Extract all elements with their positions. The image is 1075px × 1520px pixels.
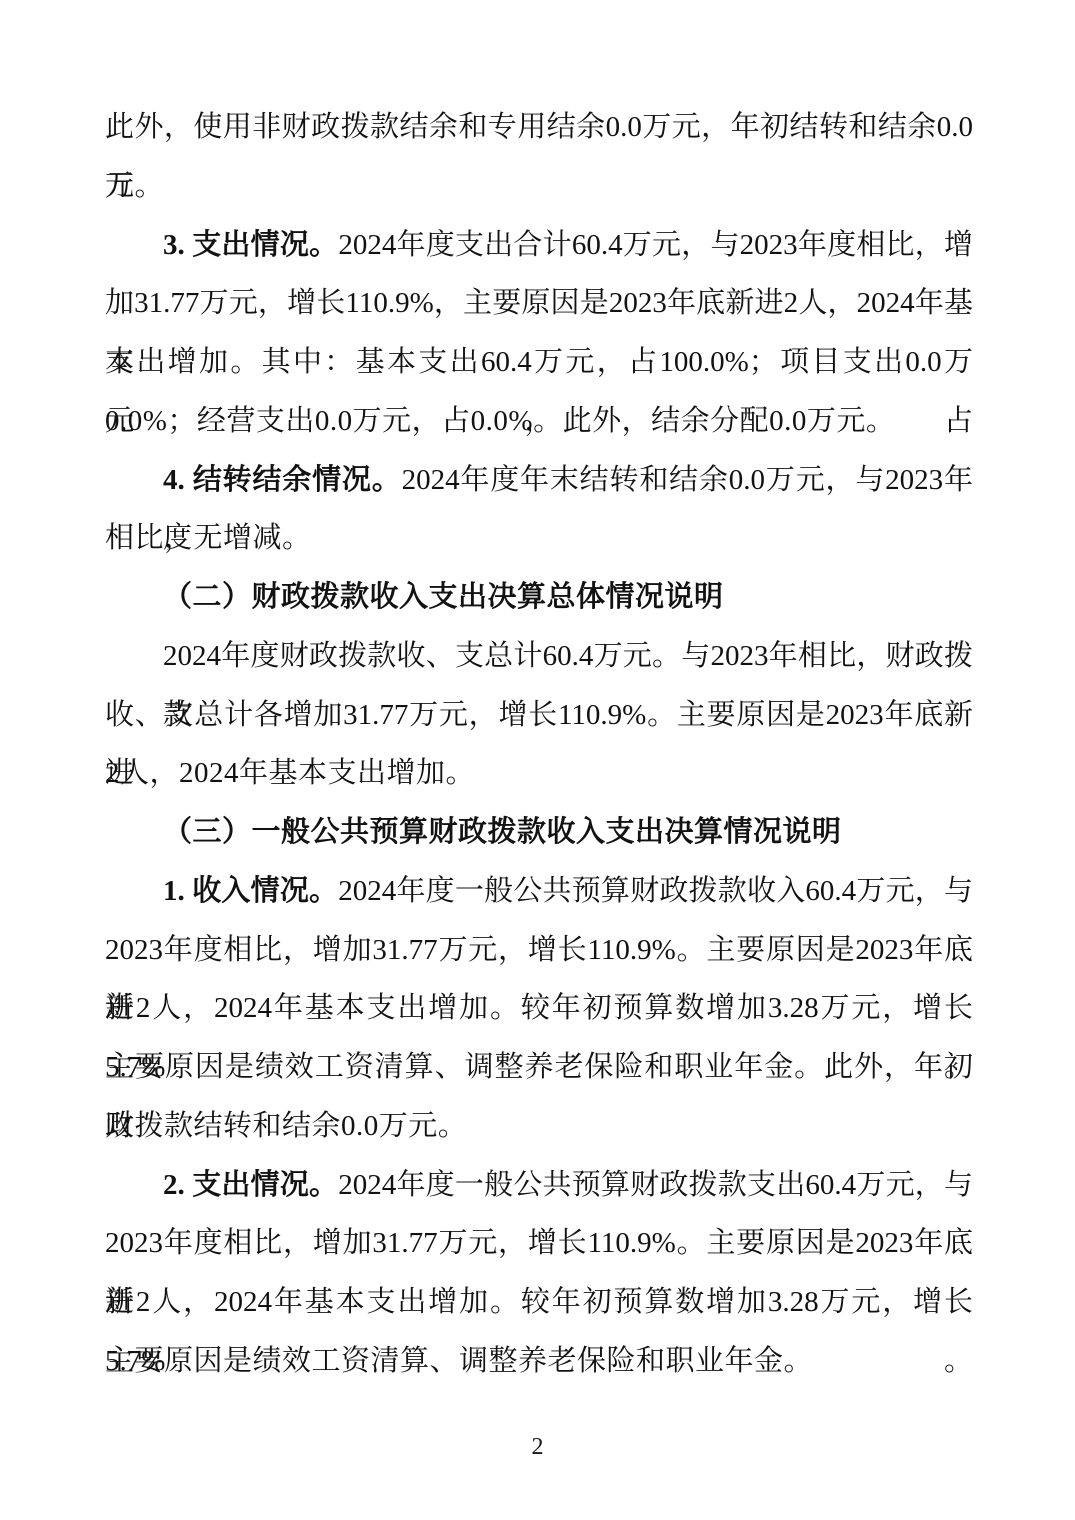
text-line: 元。 (105, 157, 973, 216)
page-number: 2 (0, 1432, 1075, 1462)
text-run: 2024年度一般公共预算财政拨款收入60.4万元，与 (338, 875, 973, 907)
text-run: 主要原因是绩效工资清算、调整养老保险和职业年金。 (105, 1345, 813, 1377)
heading-section-3-general-public-budget: （三）一般公共预算财政拨款收入支出决算情况说明 (105, 803, 973, 862)
text-run-bold: 2. 支出情况。 (163, 1169, 338, 1201)
text-run: 0.0%；经营支出0.0万元，占0.0%。此外，结余分配0.0万元。 (105, 405, 895, 437)
para-3-expenditure-overview: 3. 支出情况。2024年度支出合计60.4万元，与2023年度相比，增加31.… (105, 216, 973, 451)
text-line: 政拨款结转和结余0.0万元。 (105, 1097, 973, 1156)
text-run: 政拨款结转和结余0.0万元。 (105, 1110, 467, 1142)
text-line: 相比，无增减。 (105, 509, 973, 568)
text-run: 2024年度支出合计60.4万元，与2023年度相比，增 (338, 229, 973, 261)
text-line: 进2人，2024年基本支出增加。较年初预算数增加3.28万元，增长5.7%。 (105, 979, 973, 1038)
heading-section-2-fiscal-appropriation: （二）财政拨款收入支出决算总体情况说明 (105, 568, 973, 627)
text-line: 2024年度财政拨款收、支总计60.4万元。与2023年相比，财政拨款 (105, 627, 973, 686)
text-line: 加31.77万元，增长110.9%，主要原因是2023年底新进2人，2024年基… (105, 274, 973, 333)
text-run-bold: （二）财政拨款收入支出决算总体情况说明 (163, 581, 724, 613)
text-run: 2人，2024年基本支出增加。 (105, 757, 475, 789)
text-run: 相比，无增减。 (105, 522, 312, 554)
para-fiscal-appropriation-total: 2024年度财政拨款收、支总计60.4万元。与2023年相比，财政拨款收、支总计… (105, 627, 973, 803)
text-line: 支出增加。其中：基本支出60.4万元，占100.0%；项目支出0.0万元，占 (105, 333, 973, 392)
para-2-expenditure-detail: 2. 支出情况。2024年度一般公共预算财政拨款支出60.4万元，与2023年度… (105, 1156, 973, 1391)
document-page: 此外，使用非财政拨款结余和专用结余0.0万元，年初结转和结余0.0万元。3. 支… (0, 0, 1075, 1520)
text-line: 4. 结转结余情况。2024年度年末结转和结余0.0万元，与2023年度 (105, 451, 973, 510)
text-line: 2. 支出情况。2024年度一般公共预算财政拨款支出60.4万元，与 (105, 1156, 973, 1215)
text-run-bold: 3. 支出情况。 (163, 229, 338, 261)
text-line: 2023年度相比，增加31.77万元，增长110.9%。主要原因是2023年底新 (105, 921, 973, 980)
text-run: 元。 (105, 170, 164, 202)
text-line: 2人，2024年基本支出增加。 (105, 744, 973, 803)
text-run-bold: （三）一般公共预算财政拨款收入支出决算情况说明 (163, 816, 842, 848)
para-1-income-detail: 1. 收入情况。2024年度一般公共预算财政拨款收入60.4万元，与2023年度… (105, 862, 973, 1156)
text-line: （三）一般公共预算财政拨款收入支出决算情况说明 (105, 803, 973, 862)
text-line: 1. 收入情况。2024年度一般公共预算财政拨款收入60.4万元，与 (105, 862, 973, 921)
para-nonfiscal-balance-carryover: 此外，使用非财政拨款结余和专用结余0.0万元，年初结转和结余0.0万元。 (105, 98, 973, 216)
document-body: 此外，使用非财政拨款结余和专用结余0.0万元，年初结转和结余0.0万元。3. 支… (105, 98, 973, 1391)
text-line: 主要原因是绩效工资清算、调整养老保险和职业年金。此外，年初财 (105, 1038, 973, 1097)
text-line: 3. 支出情况。2024年度支出合计60.4万元，与2023年度相比，增 (105, 216, 973, 275)
text-line: 此外，使用非财政拨款结余和专用结余0.0万元，年初结转和结余0.0万 (105, 98, 973, 157)
para-4-carryover-status: 4. 结转结余情况。2024年度年末结转和结余0.0万元，与2023年度相比，无… (105, 451, 973, 569)
text-line: 2023年度相比，增加31.77万元，增长110.9%。主要原因是2023年底新 (105, 1214, 973, 1273)
text-line: 0.0%；经营支出0.0万元，占0.0%。此外，结余分配0.0万元。 (105, 392, 973, 451)
text-run: 2024年度一般公共预算财政拨款支出60.4万元，与 (338, 1169, 973, 1201)
text-line: 收、支总计各增加31.77万元，增长110.9%。主要原因是2023年底新进 (105, 686, 973, 745)
text-line: 进2人，2024年基本支出增加。较年初预算数增加3.28万元，增长5.7%。 (105, 1273, 973, 1332)
text-run-bold: 1. 收入情况。 (163, 875, 338, 907)
text-line: （二）财政拨款收入支出决算总体情况说明 (105, 568, 973, 627)
text-run-bold: 4. 结转结余情况。 (163, 464, 402, 496)
